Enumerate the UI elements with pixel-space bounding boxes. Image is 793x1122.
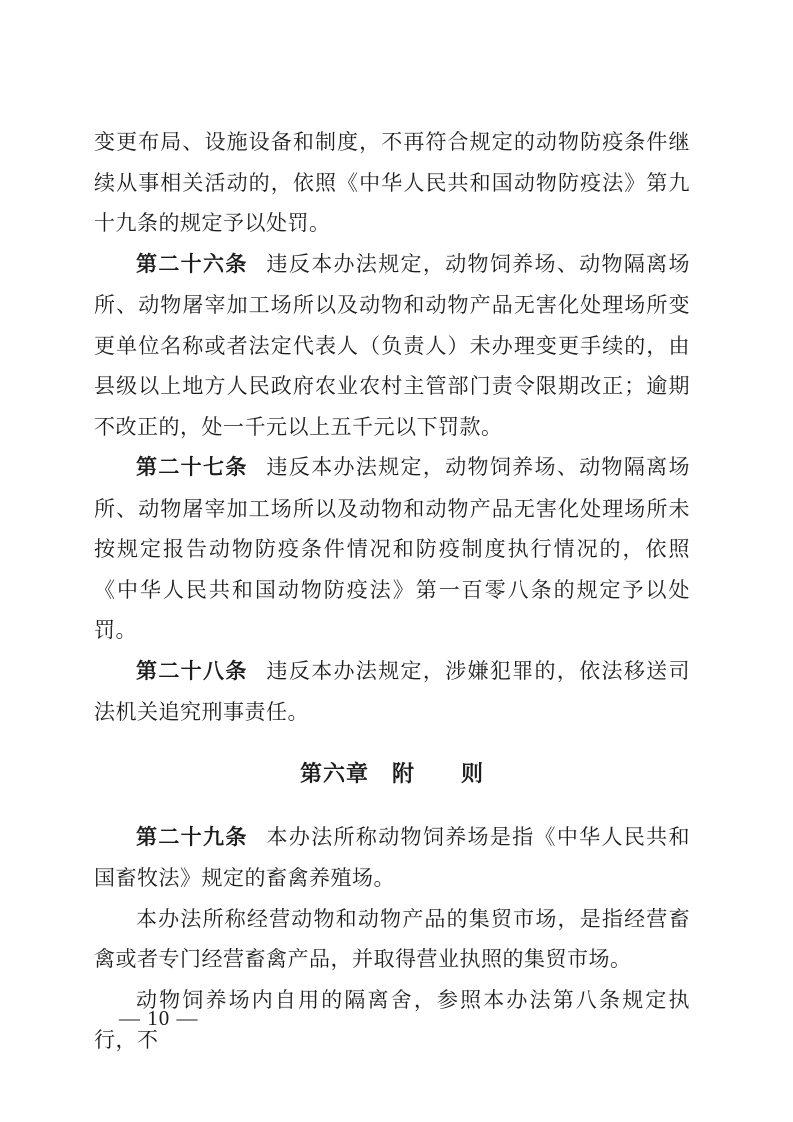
article-27: 第二十七条违反本办法规定，动物饲养场、动物隔离场所、动物屠宰加工场所以及动物和动… xyxy=(94,447,690,651)
article-28-number: 第二十八条 xyxy=(136,660,248,683)
article-26-text: 违反本办法规定，动物饲养场、动物隔离场所、动物屠宰加工场所以及动物和动物产品无害… xyxy=(94,252,690,439)
paragraph-continuation: 变更布局、设施设备和制度，不再符合规定的动物防疫条件继续从事相关活动的，依照《中… xyxy=(94,122,690,244)
article-26-number: 第二十六条 xyxy=(136,253,248,276)
article-26: 第二十六条违反本办法规定，动物饲养场、动物隔离场所、动物屠宰加工场所以及动物和动… xyxy=(94,244,690,448)
article-29-number: 第二十九条 xyxy=(136,826,248,849)
document-body: 变更布局、设施设备和制度，不再符合规定的动物防疫条件继续从事相关活动的，依照《中… xyxy=(94,122,690,1061)
article-29: 第二十九条本办法所称动物饲养场是指《中华人民共和国畜牧法》规定的畜禽养殖场。 xyxy=(94,817,690,899)
page-number: — 10 — xyxy=(119,1005,199,1031)
paragraph-market-definition: 本办法所称经营动物和动物产品的集贸市场，是指经营畜禽或者专门经营畜禽产品，并取得… xyxy=(94,899,690,980)
article-27-number: 第二十七条 xyxy=(136,456,248,479)
article-27-text: 违反本办法规定，动物饲养场、动物隔离场所、动物屠宰加工场所以及动物和动物产品无害… xyxy=(94,455,690,642)
document-page: 变更布局、设施设备和制度，不再符合规定的动物防疫条件继续从事相关活动的，依照《中… xyxy=(0,0,793,1122)
article-28: 第二十八条违反本办法规定，涉嫌犯罪的，依法移送司法机关追究刑事责任。 xyxy=(94,651,690,733)
chapter-heading: 第六章 附 则 xyxy=(94,754,690,794)
